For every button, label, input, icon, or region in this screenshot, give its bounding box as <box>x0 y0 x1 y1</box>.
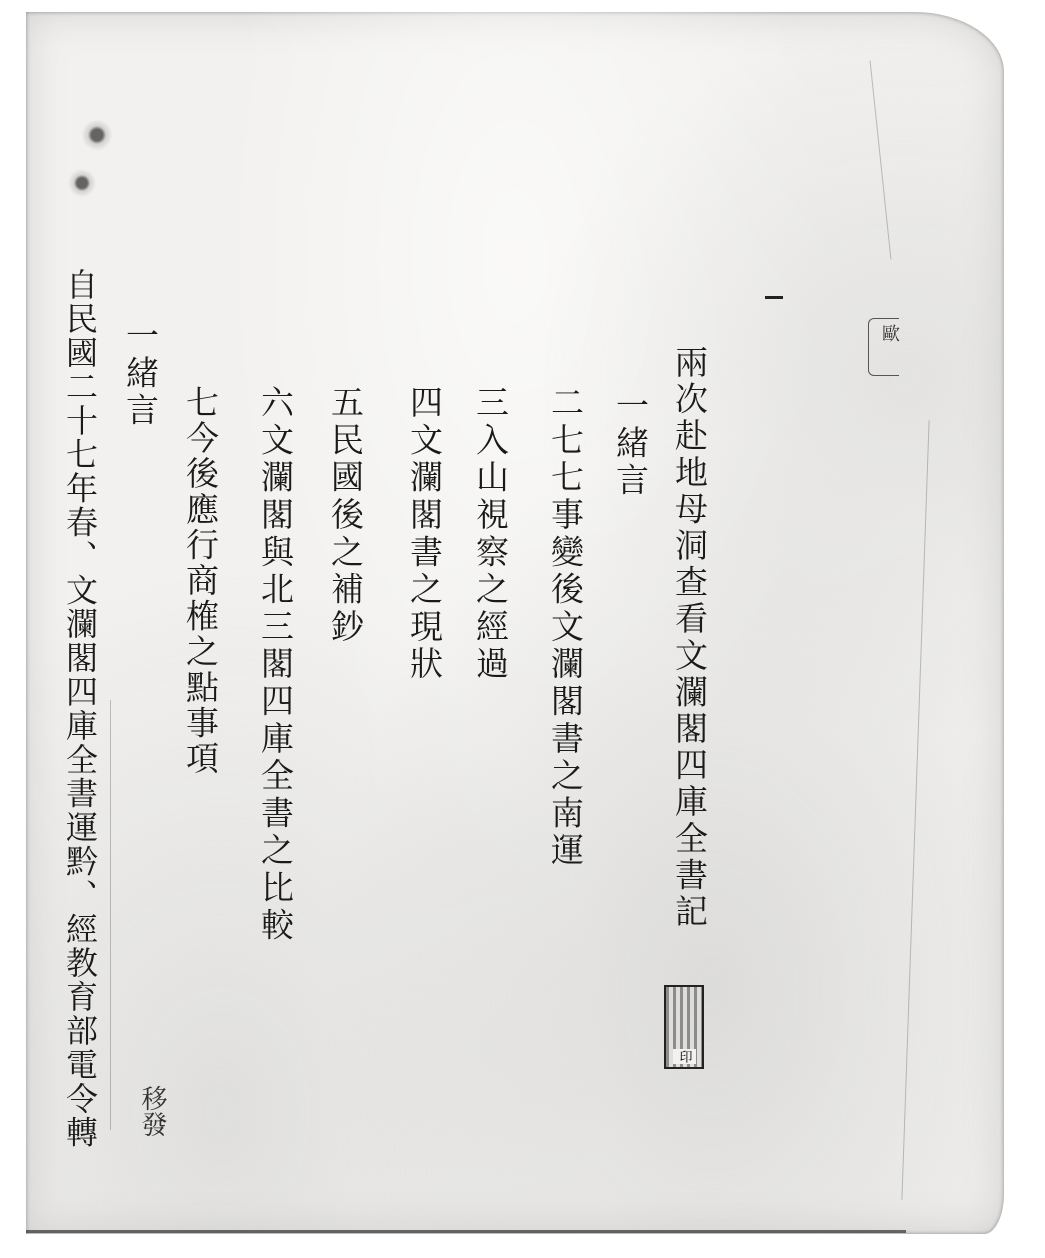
toc-item-text: 文瀾閣與北三閣四庫全書之比較 <box>256 422 295 944</box>
toc-item-1: 一緒言 <box>614 388 647 500</box>
paper-crease <box>110 700 111 1130</box>
toc-item-number: 六 <box>256 385 295 422</box>
toc-item-text: 民國後之補鈔 <box>326 422 365 646</box>
margin-note-bottom: 移發 <box>134 1085 171 1137</box>
toc-item-number: 二 <box>546 385 585 422</box>
section-title: 緒言 <box>121 355 160 430</box>
toc-item-number: 七 <box>181 385 220 421</box>
ink-smudge <box>68 168 96 198</box>
ink-smudge <box>82 118 112 152</box>
seal-stamp: 印 <box>664 985 704 1069</box>
toc-item-3: 三入山視察之經過 <box>474 385 507 683</box>
top-dash-mark <box>765 296 783 299</box>
toc-item-number: 四 <box>405 385 444 422</box>
toc-item-text: 文瀾閣書之現狀 <box>405 422 444 683</box>
toc-item-number: 一 <box>611 388 650 425</box>
toc-item-text: 入山視察之經過 <box>471 422 510 683</box>
document-title: 兩次赴地母洞查看文瀾閣四庫全書記 <box>673 345 706 931</box>
toc-item-text: 七七事變後文瀾閣書之南運 <box>546 422 585 870</box>
toc-item-5: 五民國後之補鈔 <box>329 385 362 646</box>
section-number: 一 <box>121 318 160 355</box>
section-heading: 一緒言 <box>124 318 157 430</box>
toc-item-text: 今後應行商榷之點事項 <box>181 421 220 777</box>
toc-item-6: 六文瀾閣與北三閣四庫全書之比較 <box>259 385 292 945</box>
toc-item-number: 三 <box>471 385 510 422</box>
seal-text: 印 <box>673 1049 696 1064</box>
margin-note-right: 歐 <box>876 324 902 342</box>
toc-item-text: 緒言 <box>611 425 650 500</box>
toc-item-2: 二七七事變後文瀾閣書之南運 <box>549 385 582 870</box>
paper-bottom-edge <box>26 1230 906 1233</box>
body-text: 自民國二十七年春、文瀾閣四庫全書運黔、經教育部電令轉 <box>64 268 96 1149</box>
toc-item-7: 七今後應行商榷之點事項 <box>184 385 217 777</box>
manuscript-page <box>26 12 1004 1234</box>
toc-item-4: 四文瀾閣書之現狀 <box>408 385 441 683</box>
toc-item-number: 五 <box>326 385 365 422</box>
